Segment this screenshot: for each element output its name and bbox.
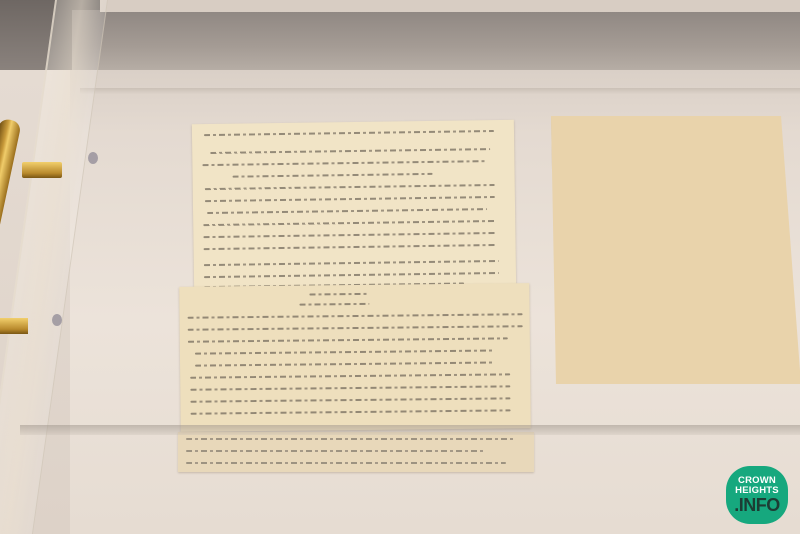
case-inner-rail [80, 88, 800, 94]
manuscript-strip-bottom: Handwritten Hebrew text, 3 lines [178, 432, 534, 472]
screw-icon [88, 152, 98, 164]
display-case-photo: Handwritten Hebrew text, approx. 15 line… [0, 0, 800, 534]
logo-line-3: .INFO [734, 496, 780, 514]
crownheights-info-logo: CROWN HEIGHTS .INFO [726, 466, 788, 524]
manuscript-text: Handwritten Hebrew text, 3 lines [178, 432, 534, 472]
blank-aged-page: Blank aged paper sheet [551, 116, 800, 384]
brass-handle-post-bottom [0, 318, 28, 334]
manuscript-text: Handwritten Hebrew text, approx. 15 line… [192, 120, 516, 292]
case-back-wall [72, 10, 800, 70]
acrylic-front-edge [20, 425, 800, 435]
manuscript-text: Handwritten Hebrew text, approx. 12 line… [179, 283, 530, 432]
brass-handle-post-top [22, 162, 62, 178]
screw-icon [52, 314, 62, 326]
manuscript-page-second: Handwritten Hebrew text, approx. 12 line… [179, 283, 530, 432]
case-top-edge [100, 0, 800, 12]
manuscript-page-main: Handwritten Hebrew text, approx. 15 line… [192, 120, 516, 292]
